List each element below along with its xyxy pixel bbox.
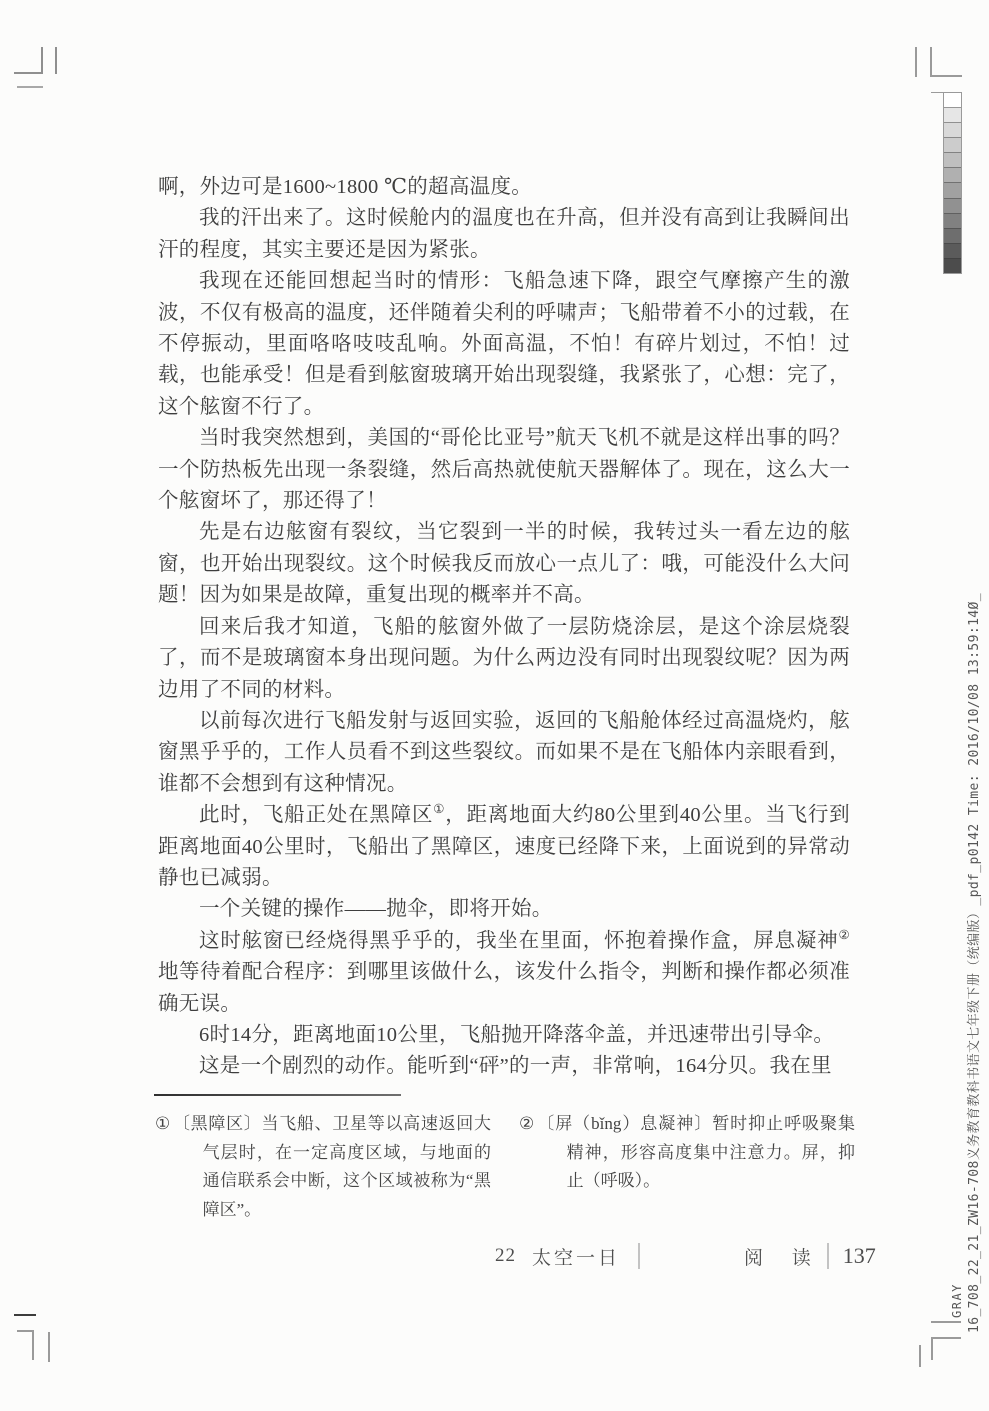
crop-mark-bottom-right-2 <box>931 1337 961 1360</box>
footnotes: ①〔黑障区〕当飞船、卫星等以高速返回大气层时，在一定高度区域，与地面的通信联系会… <box>155 1110 855 1224</box>
grayscale-step <box>944 107 961 122</box>
footnote: ②〔屏（bǐng）息凝神〕暂时抑止呼吸聚集精神，形容高度集中注意力。屏，抑止（呼… <box>519 1110 855 1224</box>
crop-mark-bottom-left-3 <box>48 1332 50 1362</box>
crop-mark-top-left-3 <box>17 86 43 88</box>
grayscale-step <box>944 243 961 258</box>
footnote-ref: ② <box>838 928 850 942</box>
grayscale-step <box>944 152 961 167</box>
section-label: 阅 读 <box>744 1243 823 1270</box>
crop-mark-bottom-right <box>931 1321 961 1323</box>
footnote-ref: ① <box>433 802 445 816</box>
crop-mark-bottom-left <box>14 1314 36 1316</box>
lesson-number: 22 <box>495 1245 516 1267</box>
footnote-marker: ② <box>519 1114 535 1133</box>
print-sidebar-gray-label: GRAY <box>950 1283 964 1318</box>
grayscale-step <box>944 182 961 197</box>
page-number: 137 <box>843 1243 876 1269</box>
crop-mark-top-left-2 <box>55 47 57 74</box>
grayscale-step <box>944 198 961 213</box>
paragraph: 这是一个剧烈的动作。能听到“砰”的一声，非常响，164分贝。我在里 <box>158 1051 850 1082</box>
grayscale-step <box>944 228 961 243</box>
footnote-separator <box>154 1094 401 1096</box>
paragraph: 我的汗出来了。这时候舱内的温度也在升高，但并没有高到让我瞬间出汗的程度，其实主要… <box>158 203 850 266</box>
grayscale-step <box>944 137 961 152</box>
print-sidebar-text: 16_708_22_21_ZW16-708义务教育教科书语文七年级下册（统编版）… <box>963 593 982 1333</box>
paragraph: 一个关键的操作——抛伞，即将开始。 <box>158 894 850 925</box>
paragraph: 啊，外边可是1600~1800 ℃的超高温度。 <box>158 172 850 203</box>
article-text: 啊，外边可是1600~1800 ℃的超高温度。我的汗出来了。这时候舱内的温度也在… <box>158 172 850 1083</box>
paragraph: 我现在还能回想起当时的情形：飞船急速下降，跟空气摩擦产生的激波，不仅有极高的温度… <box>158 266 850 423</box>
footnote: ①〔黑障区〕当飞船、卫星等以高速返回大气层时，在一定高度区域，与地面的通信联系会… <box>155 1110 491 1224</box>
footer-section: 阅 读 137 <box>744 1241 876 1271</box>
crop-mark-bottom-left-2 <box>17 1330 34 1360</box>
grayscale-step <box>944 213 961 228</box>
paragraph: 以前每次进行飞船发射与返回实验，返回的飞船舱体经过高温烧灼，舷窗黑乎乎的，工作人… <box>158 706 850 800</box>
grayscale-step <box>944 167 961 182</box>
lesson-title: 太空一日 <box>532 1243 620 1270</box>
grayscale-step <box>944 258 961 273</box>
footer-lesson: 22 太空一日 <box>495 1241 640 1271</box>
footnote-term: 〔屏（bǐng）息凝神〕 <box>537 1114 712 1133</box>
paragraph: 当时我突然想到，美国的“哥伦比亚号”航天飞机不就是这样出事的吗？一个防热板先出现… <box>158 423 850 517</box>
paragraph: 先是右边舷窗有裂纹，当它裂到一半的时候，我转过头一看左边的舷窗，也开始出现裂纹。… <box>158 517 850 611</box>
footer-divider-right <box>827 1243 829 1269</box>
footnote-term: 〔黑障区〕 <box>173 1114 262 1133</box>
footer-divider-left <box>638 1243 640 1269</box>
grayscale-step <box>944 122 961 137</box>
footnote-marker: ① <box>155 1114 171 1133</box>
textbook-page: 16_708_22_21_ZW16-708义务教育教科书语文七年级下册（统编版）… <box>0 0 989 1411</box>
crop-mark-top-right <box>930 47 962 77</box>
paragraph: 这时舷窗已经烧得黑乎乎的，我坐在里面，怀抱着操作盒，屏息凝神②地等待着配合程序：… <box>158 926 850 1020</box>
crop-mark-bottom-right-3 <box>919 1345 921 1367</box>
crop-mark-top-left <box>14 47 43 74</box>
grayscale-calibration-bar <box>943 92 962 274</box>
paragraph: 回来后我才知道，飞船的舷窗外做了一层防烧涂层，是这个涂层烧裂了，而不是玻璃窗本身… <box>158 612 850 706</box>
paragraph: 6时14分，距离地面10公里，飞船抛开降落伞盖，并迅速带出引导伞。 <box>158 1020 850 1051</box>
paragraph: 此时，飞船正处在黑障区①，距离地面大约80公里到40公里。当飞行到距离地面40公… <box>158 800 850 894</box>
grayscale-step <box>944 93 961 107</box>
crop-mark-top-right-2 <box>915 47 917 77</box>
